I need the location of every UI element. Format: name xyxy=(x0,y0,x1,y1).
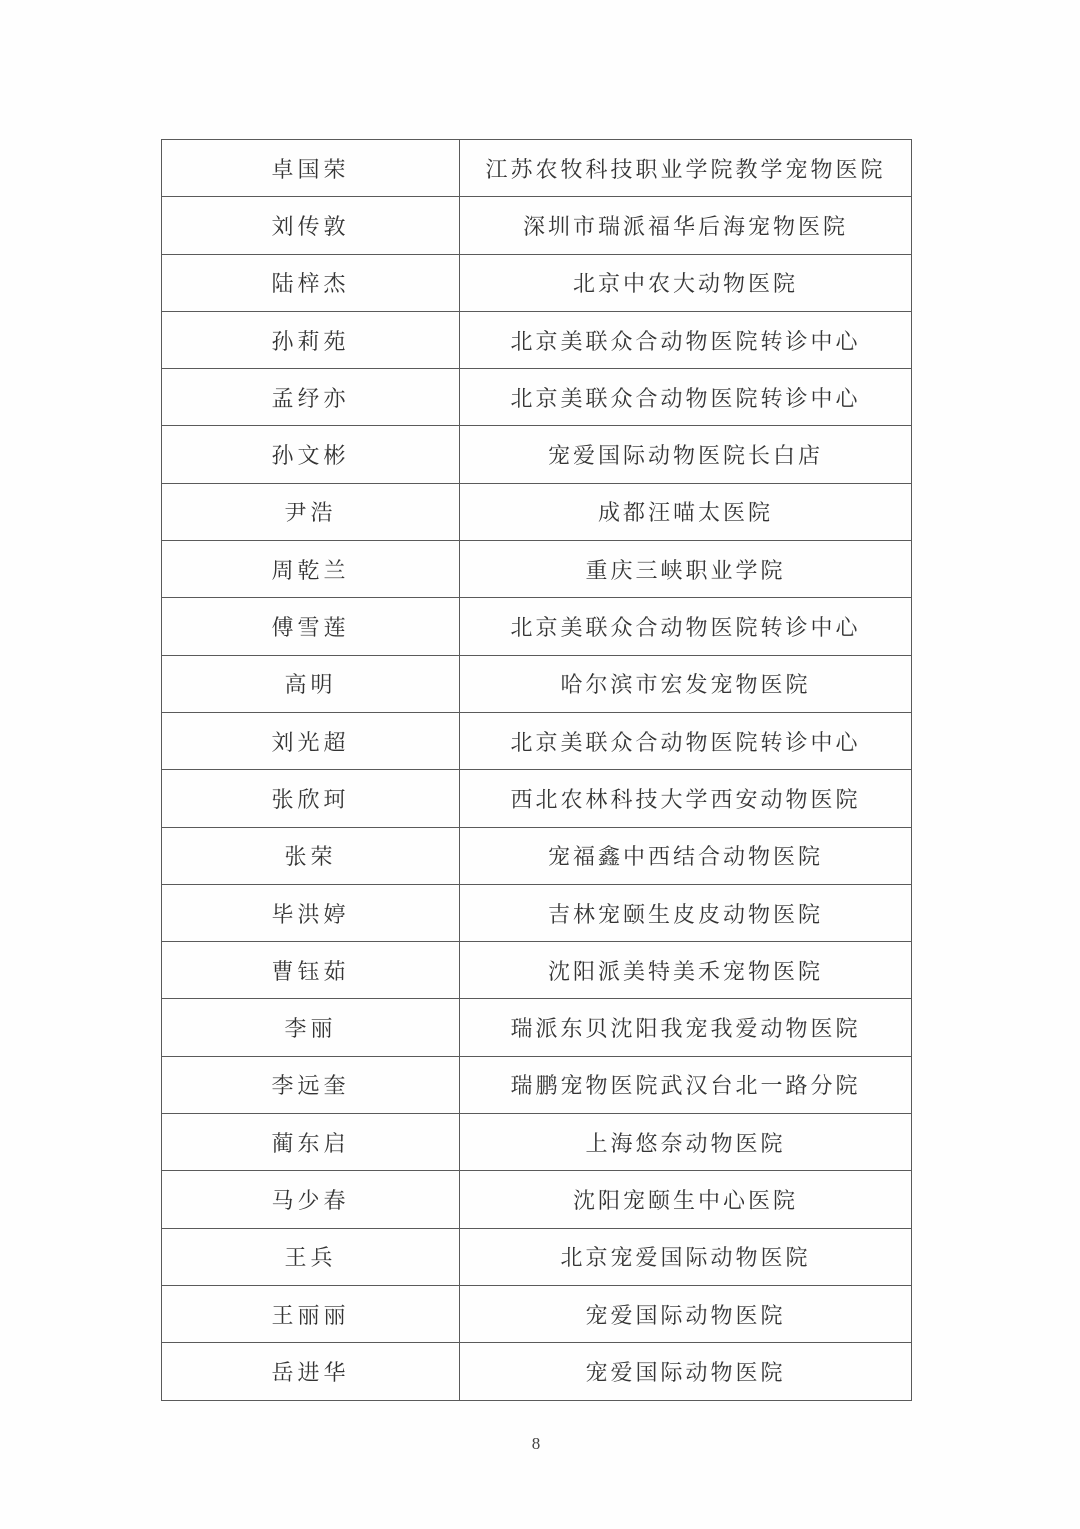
organization-cell: 北京宠爱国际动物医院 xyxy=(460,1228,912,1285)
person-name-cell: 孙莉苑 xyxy=(162,311,460,368)
table-row: 孟纾亦北京美联众合动物医院转诊中心 xyxy=(162,369,912,426)
organization-cell: 北京中农大动物医院 xyxy=(460,254,912,311)
person-name-cell: 曹钰茹 xyxy=(162,942,460,999)
table-row: 毕洪婷吉林宠颐生皮皮动物医院 xyxy=(162,884,912,941)
organization-cell: 宠爱国际动物医院 xyxy=(460,1285,912,1342)
person-name-cell: 高明 xyxy=(162,655,460,712)
person-name-cell: 张欣珂 xyxy=(162,770,460,827)
table-row: 李丽瑞派东贝沈阳我宠我爱动物医院 xyxy=(162,999,912,1056)
organization-cell: 深圳市瑞派福华后海宠物医院 xyxy=(460,197,912,254)
person-name-cell: 陆梓杰 xyxy=(162,254,460,311)
organization-cell: 北京美联众合动物医院转诊中心 xyxy=(460,598,912,655)
table-row: 曹钰茹沈阳派美特美禾宠物医院 xyxy=(162,942,912,999)
personnel-table: 卓国荣江苏农牧科技职业学院教学宠物医院刘传敦深圳市瑞派福华后海宠物医院陆梓杰北京… xyxy=(161,139,912,1401)
table-row: 周乾兰重庆三峡职业学院 xyxy=(162,541,912,598)
table-row: 马少春沈阳宠颐生中心医院 xyxy=(162,1171,912,1228)
organization-cell: 重庆三峡职业学院 xyxy=(460,541,912,598)
table-row: 孙莉苑北京美联众合动物医院转诊中心 xyxy=(162,311,912,368)
organization-cell: 宠福鑫中西结合动物医院 xyxy=(460,827,912,884)
document-page: 卓国荣江苏农牧科技职业学院教学宠物医院刘传敦深圳市瑞派福华后海宠物医院陆梓杰北京… xyxy=(0,0,1080,1529)
organization-cell: 哈尔滨市宏发宠物医院 xyxy=(460,655,912,712)
person-name-cell: 李远奎 xyxy=(162,1056,460,1113)
table-row: 张欣珂西北农林科技大学西安动物医院 xyxy=(162,770,912,827)
organization-cell: 瑞鹏宠物医院武汉台北一路分院 xyxy=(460,1056,912,1113)
table-row: 张荣宠福鑫中西结合动物医院 xyxy=(162,827,912,884)
person-name-cell: 孙文彬 xyxy=(162,426,460,483)
table-row: 李远奎瑞鹏宠物医院武汉台北一路分院 xyxy=(162,1056,912,1113)
organization-cell: 成都汪喵太医院 xyxy=(460,483,912,540)
organization-cell: 吉林宠颐生皮皮动物医院 xyxy=(460,884,912,941)
person-name-cell: 马少春 xyxy=(162,1171,460,1228)
table-row: 刘光超北京美联众合动物医院转诊中心 xyxy=(162,712,912,769)
table-row: 刘传敦深圳市瑞派福华后海宠物医院 xyxy=(162,197,912,254)
organization-cell: 沈阳宠颐生中心医院 xyxy=(460,1171,912,1228)
organization-cell: 瑞派东贝沈阳我宠我爱动物医院 xyxy=(460,999,912,1056)
person-name-cell: 尹浩 xyxy=(162,483,460,540)
table-row: 尹浩成都汪喵太医院 xyxy=(162,483,912,540)
table-row: 王丽丽宠爱国际动物医院 xyxy=(162,1285,912,1342)
person-name-cell: 卓国荣 xyxy=(162,140,460,197)
table-body: 卓国荣江苏农牧科技职业学院教学宠物医院刘传敦深圳市瑞派福华后海宠物医院陆梓杰北京… xyxy=(162,140,912,1401)
table-row: 傅雪莲北京美联众合动物医院转诊中心 xyxy=(162,598,912,655)
organization-cell: 沈阳派美特美禾宠物医院 xyxy=(460,942,912,999)
person-name-cell: 傅雪莲 xyxy=(162,598,460,655)
person-name-cell: 张荣 xyxy=(162,827,460,884)
organization-cell: 宠爱国际动物医院 xyxy=(460,1343,912,1400)
person-name-cell: 岳进华 xyxy=(162,1343,460,1400)
person-name-cell: 李丽 xyxy=(162,999,460,1056)
organization-cell: 北京美联众合动物医院转诊中心 xyxy=(460,369,912,426)
table-row: 陆梓杰北京中农大动物医院 xyxy=(162,254,912,311)
organization-cell: 上海悠奈动物医院 xyxy=(460,1114,912,1171)
organization-cell: 西北农林科技大学西安动物医院 xyxy=(460,770,912,827)
person-name-cell: 王丽丽 xyxy=(162,1285,460,1342)
organization-cell: 北京美联众合动物医院转诊中心 xyxy=(460,311,912,368)
person-name-cell: 王兵 xyxy=(162,1228,460,1285)
table-row: 岳进华宠爱国际动物医院 xyxy=(162,1343,912,1400)
organization-cell: 宠爱国际动物医院长白店 xyxy=(460,426,912,483)
organization-cell: 北京美联众合动物医院转诊中心 xyxy=(460,712,912,769)
table-row: 王兵北京宠爱国际动物医院 xyxy=(162,1228,912,1285)
person-name-cell: 孟纾亦 xyxy=(162,369,460,426)
person-name-cell: 周乾兰 xyxy=(162,541,460,598)
table-row: 高明哈尔滨市宏发宠物医院 xyxy=(162,655,912,712)
person-name-cell: 蔺东启 xyxy=(162,1114,460,1171)
person-name-cell: 刘光超 xyxy=(162,712,460,769)
page-number: 8 xyxy=(0,1434,1072,1454)
person-name-cell: 刘传敦 xyxy=(162,197,460,254)
table-row: 卓国荣江苏农牧科技职业学院教学宠物医院 xyxy=(162,140,912,197)
table-row: 孙文彬宠爱国际动物医院长白店 xyxy=(162,426,912,483)
organization-cell: 江苏农牧科技职业学院教学宠物医院 xyxy=(460,140,912,197)
person-name-cell: 毕洪婷 xyxy=(162,884,460,941)
table-row: 蔺东启上海悠奈动物医院 xyxy=(162,1114,912,1171)
